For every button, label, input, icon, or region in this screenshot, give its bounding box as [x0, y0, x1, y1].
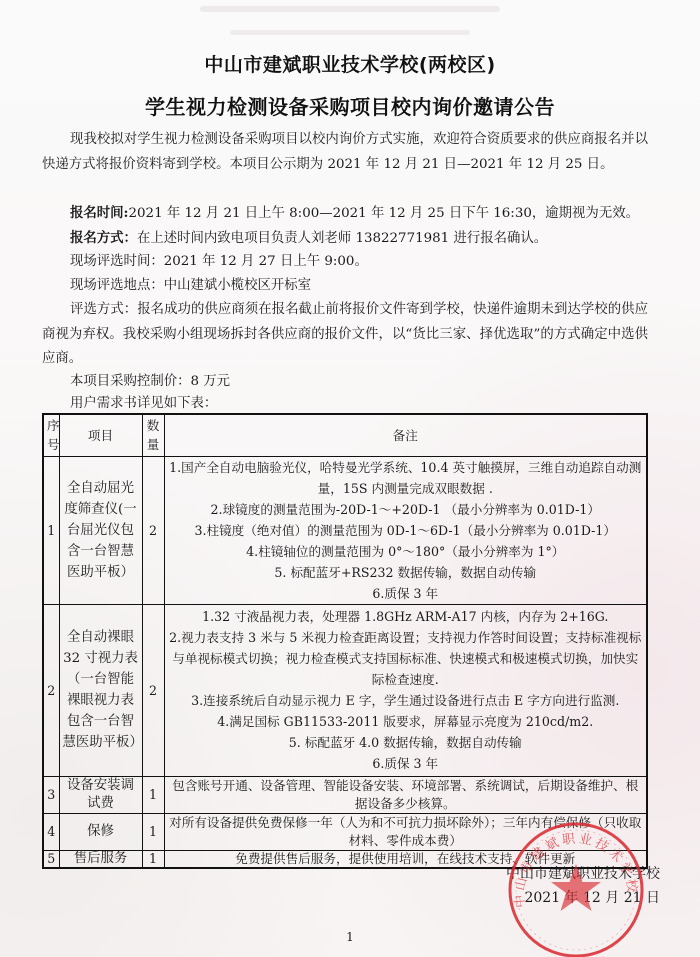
registration-method: 报名方式：在上述时间内致电项目负责人刘老师 13822771981 进行报名确认…: [42, 226, 648, 252]
row-qty: 1: [142, 776, 164, 813]
note-line: 3.柱镜度（绝对值）的测量范围为 0D-1～6D-1（最小分辨率为 0.01D-…: [168, 520, 644, 541]
intro-paragraph: 现我校拟对学生视力检测设备采购项目以校内询价方式实施，欢迎符合资质要求的供应商报…: [42, 128, 648, 177]
row-notes: 包含账号开通、设备管理、智能设备安装、环境部署、系统调试，后期设备维护、根据设备…: [164, 776, 647, 813]
table-row: 1 全自动屈光度筛查仪(一台屈光仪包含一台智慧医助平板） 2 1.国产全自动电脑…: [43, 456, 647, 604]
table-row: 2 全自动裸眼 32 寸视力表（一台智能裸眼视力表包含一台智慧医助平板） 2 1…: [43, 604, 647, 776]
signature-organization: 中山市建斌职业技术学校: [506, 862, 660, 886]
row-item: 全自动裸眼 32 寸视力表（一台智能裸眼视力表包含一台智慧医助平板）: [59, 604, 142, 776]
row-no: 4: [43, 813, 59, 850]
row-no: 2: [43, 604, 59, 776]
bleed-through-text: [230, 30, 470, 35]
note-line: 5. 标配蓝牙 4.0 数据传输，数据自动传输: [168, 732, 644, 753]
page-number: 1: [0, 930, 700, 944]
header-notes: 备注: [164, 414, 647, 456]
note-line: 2.视力表支持 3 米与 5 米视力检查距离设置；支持视力作答时间设置；支持标准…: [168, 627, 644, 690]
evaluation-location: 现场评选地点：中山建斌小榄校区开标室: [42, 274, 648, 299]
signature-block: 中山市建斌职业技术学校 2021 年 12 月 21 日: [506, 862, 660, 910]
signature-date: 2021 年 12 月 21 日: [506, 886, 660, 910]
note-line: 4.满足国标 GB11533-2011 版要求，屏幕显示亮度为 210cd/m2…: [168, 711, 644, 732]
note-line: 4.柱镜轴位的测量范围为 0°～180°（最小分辨率为 1°）: [168, 541, 644, 562]
requirements-table: 序号 项目 数量 备注 1 全自动屈光度筛查仪(一台屈光仪包含一台智慧医助平板）…: [42, 413, 648, 869]
registration-time: 报名时间:2021 年 12 月 21 日上午 8:00—2021 年 12 月…: [42, 201, 648, 227]
note-line: 2.球镜度的测量范围为-20D-1～+20D-1 （最小分辨率为 0.01D-1…: [168, 499, 644, 520]
row-qty: 2: [142, 604, 164, 776]
note-line: 1.国产全自动电脑验光仪，哈特曼光学系统、10.4 英寸触摸屏，三维自动追踪自动…: [168, 457, 644, 499]
row-notes: 对所有设备提供免费保修一年（人为和不可抗力损坏除外）；三年内有偿保修（只收取材料…: [164, 813, 647, 850]
evaluation-time: 现场评选时间：2021 年 12 月 27 日上午 9:00。: [42, 250, 648, 275]
row-no: 3: [43, 776, 59, 813]
evaluation-method: 评选方式：报名成功的供应商须在报名截止前将报价文件寄到学校，快递件逾期未到达学校…: [42, 298, 648, 372]
row-qty: 1: [142, 850, 164, 868]
evaluation-time-value: 2021 年 12 月 27 日上午 9:00。: [164, 254, 368, 269]
registration-time-label: 报名时间:: [70, 205, 129, 221]
document-title-school: 中山市建斌职业技术学校(两校区): [0, 50, 700, 77]
header-no: 序号: [43, 414, 59, 456]
document-title-announcement: 学生视力检测设备采购项目校内询价邀请公告: [0, 91, 700, 120]
row-notes: 1.国产全自动电脑验光仪，哈特曼光学系统、10.4 英寸触摸屏，三维自动追踪自动…: [164, 456, 647, 604]
row-item: 保修: [59, 813, 142, 850]
table-header-row: 序号 项目 数量 备注: [43, 414, 647, 456]
note-line: 6.质保 3 年: [168, 753, 644, 774]
row-item: 全自动屈光度筛查仪(一台屈光仪包含一台智慧医助平板）: [59, 456, 142, 604]
note-line: 6.质保 3 年: [168, 583, 644, 604]
row-notes: 1.32 寸液晶视力表，处理器 1.8GHz ARM-A17 内核，内存为 2+…: [164, 604, 647, 776]
row-item: 售后服务: [59, 850, 142, 868]
registration-method-label: 报名方式：: [70, 230, 137, 246]
registration-time-value: 2021 年 12 月 21 日上午 8:00—2021 年 12 月 25 日…: [129, 206, 639, 221]
row-qty: 1: [142, 813, 164, 850]
note-line: 5. 标配蓝牙+RS232 数据传输，数据自动传输: [168, 562, 644, 583]
table-row: 4 保修 1 对所有设备提供免费保修一年（人为和不可抗力损坏除外）；三年内有偿保…: [43, 813, 647, 850]
evaluation-location-value: 中山建斌小榄校区开标室: [164, 278, 311, 293]
row-no: 5: [43, 850, 59, 868]
row-item: 设备安装调试费: [59, 776, 142, 813]
note-line: 3.连接系统后自动显示视力 E 字，学生通过设备进行点击 E 字方向进行监测.: [168, 690, 644, 711]
evaluation-location-label: 现场评选地点：: [70, 278, 164, 293]
note-line: 1.32 寸液晶视力表，处理器 1.8GHz ARM-A17 内核，内存为 2+…: [168, 606, 644, 627]
budget: 本项目采购控制价：8 万元: [42, 370, 648, 395]
row-no: 1: [43, 456, 59, 604]
bleed-through-text: [200, 6, 500, 12]
row-qty: 2: [142, 456, 164, 604]
evaluation-method-label: 评选方式：: [70, 302, 137, 317]
header-item: 项目: [59, 414, 142, 456]
table-row: 3 设备安装调试费 1 包含账号开通、设备管理、智能设备安装、环境部署、系统调试…: [43, 776, 647, 813]
evaluation-time-label: 现场评选时间：: [70, 254, 164, 269]
header-qty: 数量: [142, 414, 164, 456]
registration-method-value: 在上述时间内致电项目负责人刘老师 13822771981 进行报名确认。: [137, 231, 547, 246]
